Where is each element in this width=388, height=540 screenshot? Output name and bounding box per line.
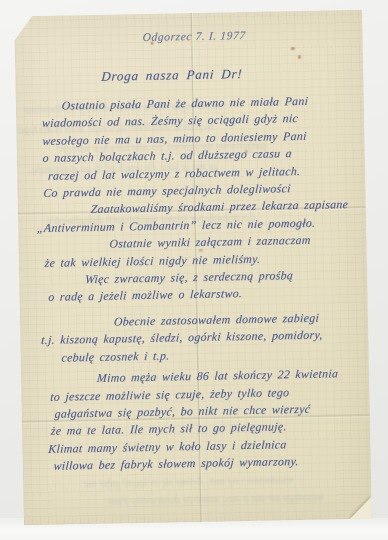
- letter-body: Ostatnio pisała Pani że dawno nie miała …: [16, 92, 367, 476]
- bleed-through-text: wiadomości od nas. Żeśmy się ociągali gd…: [82, 474, 294, 490]
- scanned-letter-photo: Mimo męża wieku 86 lat skończy 22 kwietn…: [0, 0, 388, 540]
- rust-stain: [291, 47, 295, 50]
- folded-corner: [349, 497, 371, 519]
- rust-stain: [298, 55, 301, 59]
- bleed-through-text: wesołego nie ma u nas, mimo to doniesiem…: [107, 492, 325, 508]
- letter-greeting: Droga nasza Pani Dr!: [101, 66, 243, 85]
- letter-page: Mimo męża wieku 86 lat skończy 22 kwietn…: [14, 10, 372, 526]
- letter-dateline: Odgorzec 7. I. 1977: [142, 30, 246, 44]
